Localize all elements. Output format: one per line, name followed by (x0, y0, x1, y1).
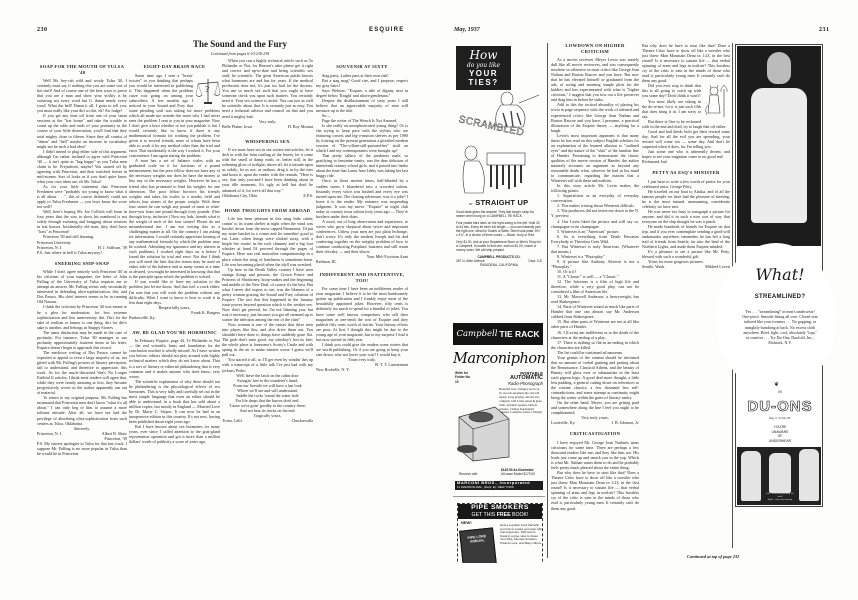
letter-paragraph: Says Webster: "Esquire, a title of digni… (316, 88, 408, 98)
letter-paragraph: But why does he have to strut like that?… (551, 470, 639, 510)
phonograph-illustration (455, 393, 511, 471)
ad-headline-part: BOOK! (512, 512, 528, 518)
ad-photo-strip: Left—in one-leg opening. Se back Right—O… (737, 447, 821, 505)
letter-signoff: Belle Plaine, IowaH. Roy Mosnat (222, 124, 313, 129)
letter-heading: INDIFFERENT AND INATTENTIVE, TOO! (316, 272, 408, 283)
letter-heading: CRITICASTIGATION (551, 431, 639, 437)
letter-paragraph: I have enjoyed Mr. George Jean Nathan's … (551, 440, 639, 470)
list-item: 16. I (Levin) am indifferent as to the d… (551, 330, 639, 340)
letter-place: Redmon, Ill. (316, 259, 408, 264)
letter-heading: WHISPERING SEX (222, 139, 313, 145)
letter-signoff: Trona, Calif.Chuckawalla (222, 418, 313, 423)
letter-paragraph: Despite the disillusionment of sixty yea… (316, 98, 408, 113)
ad-headline: How (456, 49, 511, 62)
list-item: 1. Superstition as an everyday of everyd… (551, 193, 639, 203)
letter-paragraph: To return to my original purpose, Mr. Fu… (37, 395, 127, 425)
letter-paragraph: Well Mr. hey-rah wild and wooly Tulsa '4… (37, 78, 127, 113)
letter-place: Princeton, N. J. (37, 245, 62, 250)
list-item: 3. The producers did not invite me down … (551, 208, 639, 218)
letter-place: Seattle, Wash. (642, 264, 665, 269)
ad-tagline: YOU'RE UNAWARE OF UNDERWEAR (742, 425, 818, 443)
letter-paragraph: If you would like to have my solution to… (129, 279, 220, 304)
letter-paragraph: It's a pleasure to see a person like Mr.… (642, 249, 730, 259)
letter-paragraph: I think you could give the readers some … (316, 342, 408, 357)
page-number-right: 231 (819, 27, 830, 33)
balance-scales-illustration: ? (196, 75, 220, 105)
ad-copy-paragraph: Good taste gives the answer! They last l… (456, 210, 542, 219)
letter-paragraph: I didn't intend to plug either side of t… (37, 149, 127, 184)
poem-line: From our fireside we will have a last lo… (222, 383, 313, 388)
letter-paragraph: Up here in the Death Valley country I ha… (222, 267, 313, 323)
magazine-spread: 230 ESQUIRE The Sound and the Fury Conti… (0, 0, 858, 600)
ad-price-alt: All-wave Model $179.50 (501, 472, 535, 476)
ad-brand: Marconiphone (453, 351, 545, 367)
ad-headline-part: FREE (497, 512, 511, 518)
section-title: The Sound and the Fury (140, 39, 340, 49)
letter-paragraph: Well, here's hoping Mr. Joe Collitch wil… (37, 209, 127, 234)
letter-paragraph: But I have known about sex hormones for … (129, 424, 220, 444)
issue-date: May, 1937 (454, 27, 480, 33)
letter-signature: H. Roy Mosnat (288, 124, 313, 129)
list-item: 14. Parts of Winterset sound as much lik… (551, 304, 639, 319)
ad-headline-box: How do you like YOUR TIES? (456, 46, 511, 90)
letter-signoff: Oklahoma City, Okla.E.P.S. (222, 193, 313, 198)
campbell-logo: Campbell TIE RACK (453, 323, 543, 345)
model-figure (741, 451, 761, 501)
ad-headline: PIPE SMOKERS (458, 504, 542, 512)
letter-paragraph: Now woman is one of the causes that driv… (222, 322, 313, 357)
letter-paragraph: Your genius of the cinema should be info… (551, 355, 639, 400)
letter-paragraph: I just have to write a few words of prai… (642, 179, 730, 189)
letter-postscript: P.S. My sincere apologies to Tulsa for t… (37, 441, 127, 456)
ad-in-label: IN (742, 390, 818, 394)
ad-caption: Records with (459, 472, 489, 476)
ornament-icon: ❦ (774, 381, 779, 388)
marconi-company-bar: MARCONI BROS., Incorporated 11 MADISON A… (455, 481, 543, 490)
letter-paragraph: I think the criticism by Princeton '40 w… (37, 304, 127, 329)
section-subtitle: Continued from pages 6-10-236-238 (140, 51, 340, 56)
ad-new-badge: NEW! (461, 521, 472, 525)
list-item: 12. The Informer is a film of high life … (551, 279, 639, 294)
column-2: EIGHT-DAY BRAIN RACE ? Some time ago I s… (129, 58, 220, 558)
letter-paragraph: Good and bad deeds both get their reward… (642, 129, 730, 149)
letter-paragraph: In this story article Mr. Levin makes th… (551, 183, 639, 193)
ad-headline: do you like (456, 62, 511, 69)
letter-paragraph: While I don't agree entirely with Prince… (37, 269, 127, 304)
letter-place: Richmond, Ind. (642, 159, 730, 164)
column-4: SOUVENIR AT SIXTY Stag party. Ladies pas… (316, 58, 408, 558)
ad-headline: STREAMLINED? (740, 294, 820, 300)
letter-place: Oklahoma City, Okla. (222, 193, 258, 198)
duons-logo: DU-ONS (742, 398, 818, 415)
ad-column: How do you like YOUR TIES? SCRAMBLED (453, 43, 545, 563)
letter-paragraph: The same distinction may be made in the … (37, 330, 127, 350)
list-item: 13. Mr. Maxwell Anderson, a heavyweight,… (551, 294, 639, 304)
letter-paragraph: But there is One to be reckoned with in … (642, 119, 730, 129)
devil-illustration (704, 85, 730, 119)
letter-signature: H. J. Sullivan, '39 (98, 245, 127, 250)
letter-place: Belle Plaine, Iowa (222, 124, 252, 129)
letter-place: Princeton, N. J. (37, 431, 62, 436)
letter-paragraph: But why does he have to strut like that?… (642, 43, 730, 83)
letter-heading: SOUVENIR AT SIXTY (316, 64, 408, 70)
letter-paragraph: In February Esquire, page 44, To Philand… (129, 338, 220, 378)
letter-paragraph: When you run a highly technical article … (222, 58, 313, 119)
letter-place: New Rochelle, N. Y. (316, 367, 408, 372)
model-underwear (751, 88, 807, 223)
ad-address: 11 MADISON AVE., (Dept. E), NEW YORK (457, 485, 541, 489)
caption-line: Right—Open leg opening (765, 499, 795, 502)
letter-paragraph: The scientific explanation of why there … (129, 379, 220, 424)
logo-block: TIE RACK (499, 329, 539, 339)
book-title: PIPE LORE ANNUAL (461, 533, 494, 544)
ad-price: $149.50 As IllustratedAll-wave Model $17… (501, 468, 545, 477)
letter-signature: Chuckawalla (292, 418, 313, 423)
continued-note-link[interactable]: Continued at top of page 232 (687, 554, 739, 559)
letter-signature: Albert B. Shaw (102, 431, 127, 436)
logo-script: Campbell (456, 329, 497, 339)
ad-copy-paragraph: Four plated bars latch on the right-swin… (456, 221, 542, 238)
letter-paragraph: As a movie reviewer Meyer Levin was mere… (551, 57, 639, 102)
letter-heading: LOWDOWN ON HIGHER CRITICISM (551, 43, 639, 54)
letter-paragraph: But a stag mag? Good sire, and I propose… (316, 78, 408, 88)
letter-paragraph: Levin's most important argument is that … (551, 133, 639, 183)
letter-paragraph: He made hundreds of friends for Esquire … (642, 224, 730, 249)
ad-headline-script: What! (744, 265, 816, 284)
column-3: When you run a highly technical article … (222, 58, 313, 558)
letter-heading: PETTY AS ESQ'S MINISTER (642, 170, 730, 176)
column-1: SOAP FOR THE MOUTH OF TULSA '40 Well Mr.… (37, 58, 127, 456)
letter-place: Burkesville, Ky. (129, 315, 220, 320)
letter-signoff: Louisville, Ky.J. B. Johnson, Jr. (551, 420, 639, 425)
page-230: 230 ESQUIRE The Sound and the Fury Conti… (0, 0, 429, 600)
ad-straight-up: STRAIGHT UP (475, 198, 528, 207)
column-5: LOWDOWN ON HIGHER CRITICISM As a movie r… (551, 43, 639, 548)
ad-subtitle: PORTABLE AUTOMATIC Radio-Phonograph (491, 371, 543, 386)
list-item: 15. But other parts of Winterset are not… (551, 319, 639, 329)
ad-city: PASADENA, CALIFORNIA (456, 263, 542, 267)
ad-body-copy: Yes . . . "streamlining" in men's underw… (742, 309, 818, 345)
letter-paragraph: Just some one who is inherently decent, … (642, 149, 730, 159)
duofold-duons-ad[interactable]: What! STREAMLINED? Yes . . . "streamlini… (735, 44, 823, 507)
letter-heading: SNEERING SNIP-SNAP (37, 261, 127, 267)
model-head (767, 52, 791, 84)
letter-paragraph: A word, out of long observation and expe… (316, 219, 408, 254)
list-item: 9. A picture like Anthony Adverse is not… (551, 259, 639, 269)
ad-body-copy: Here's a golden book that tells you how … (500, 524, 542, 546)
letter-paragraph: The mediocre writing of Dos Passos canno… (37, 350, 127, 395)
tagline-line: UNDERWEAR (742, 439, 818, 444)
list-item: 4. Our Levin liked the picture and will … (551, 219, 639, 229)
letter-heading: EIGHT-DAY BRAIN RACE (129, 64, 220, 70)
letter-paragraph: Add to this the tactical absurdity of pl… (551, 102, 639, 132)
letter-postscript: P.S. Just where in hell is Tulsa anyway? (37, 250, 127, 255)
letter-paragraph: If we must have sex in our stories and a… (222, 147, 313, 192)
letter-paragraph: You started it all, so I'll get even by … (222, 357, 313, 372)
ad-photo-caption: Left—in one-leg opening. Se back Right—O… (765, 493, 795, 501)
ad-headline: GET THIS FREE BOOK! (458, 512, 542, 519)
model-figure (769, 453, 791, 493)
letter-paragraph: As for your little statement that Prince… (37, 184, 127, 209)
letter-paragraph: A man has a set of balance scales with n… (129, 158, 220, 279)
column-6: But why does he have to strut like that?… (642, 43, 730, 548)
ad-write-for: Write for Folder No. 15 (455, 371, 471, 384)
letter-paragraph: Life has been pleasant in this snug litt… (222, 216, 313, 266)
man-with-tie-rack-illustration (457, 143, 541, 195)
ad-subtitle-line: Radio-Phonograph (491, 381, 543, 386)
letter-place: Trona, Calif. (222, 418, 243, 423)
pipe-book-illustration: PIPE LORE ANNUAL (459, 527, 497, 563)
letter-paragraph: He was never too busy to autograph a pic… (642, 209, 730, 224)
page-number-left: 230 (37, 27, 48, 33)
letter-signature: E.P.S. (303, 193, 313, 198)
letter-paragraph: Once, in those ancient times, half-blind… (316, 178, 408, 218)
ad-body-copy: Good taste gives the answer! They last l… (456, 210, 542, 268)
letter-paragraph: If you get any time off from one of your… (37, 113, 127, 148)
letter-signature: J. B. Johnson, Jr. (611, 420, 639, 425)
ad-divider (453, 496, 545, 497)
ad-headline-box: PIPE SMOKERS GET THIS FREE BOOK! (458, 504, 542, 519)
column-rule (547, 43, 548, 558)
letter-heading: SOAP FOR THE MOUTH OF TULSA '40 (37, 64, 127, 75)
ad-headline: TIES? (456, 78, 511, 87)
letter-paragraph: On the other hand, Meyer, you are gettin… (551, 400, 639, 415)
ad-photo-background (737, 46, 821, 246)
letter-place: Louisville, Ky. (551, 420, 575, 425)
letter-paragraph: He traveled on our boat to Alaska, and o… (642, 189, 730, 209)
list-item: 6. So is everything from Death Becomes E… (551, 234, 639, 244)
letter-signature: Mildred Lovett (705, 264, 730, 269)
svg-text:?: ? (205, 85, 209, 94)
model-figure (799, 449, 819, 501)
letter-heading: AW, BE GLAD YOU'RE HORMONIC (129, 330, 220, 336)
pipe-smokers-ad[interactable]: PIPE SMOKERS GET THIS FREE BOOK! NEW! PI… (457, 503, 543, 563)
ad-headline: YOUR (456, 69, 511, 78)
ad-or-label: or (469, 201, 473, 206)
magazine-name: ESQUIRE (369, 27, 404, 33)
ad-trademark: Reg. U. S. Pat. Off. (742, 417, 818, 420)
ad-straight-up-text: or STRAIGHT UP (469, 198, 528, 207)
letter-heading: HOME THOUGHTS FROM ABROAD (222, 208, 313, 214)
letter-paragraph: Is she really an unsophisticated young t… (316, 123, 408, 153)
letter-paragraph: For some time I have been an indifferent… (316, 286, 408, 342)
letter-paragraph: That pretty fallacy of the predatory mal… (316, 153, 408, 178)
letter-signoff: Seattle, Wash.Mildred Lovett (642, 264, 730, 269)
list-item: 7. But Winterset is truly American. (Wha… (551, 244, 639, 254)
ad-headline-part: GET THIS (472, 512, 496, 518)
list-item: 17. There is nothing so flat as an endin… (551, 340, 639, 350)
ad-dept: Dept. 5-E (529, 259, 542, 263)
ad-copy-paragraph: Only $1.00. Ask at your Department Store… (456, 240, 542, 253)
